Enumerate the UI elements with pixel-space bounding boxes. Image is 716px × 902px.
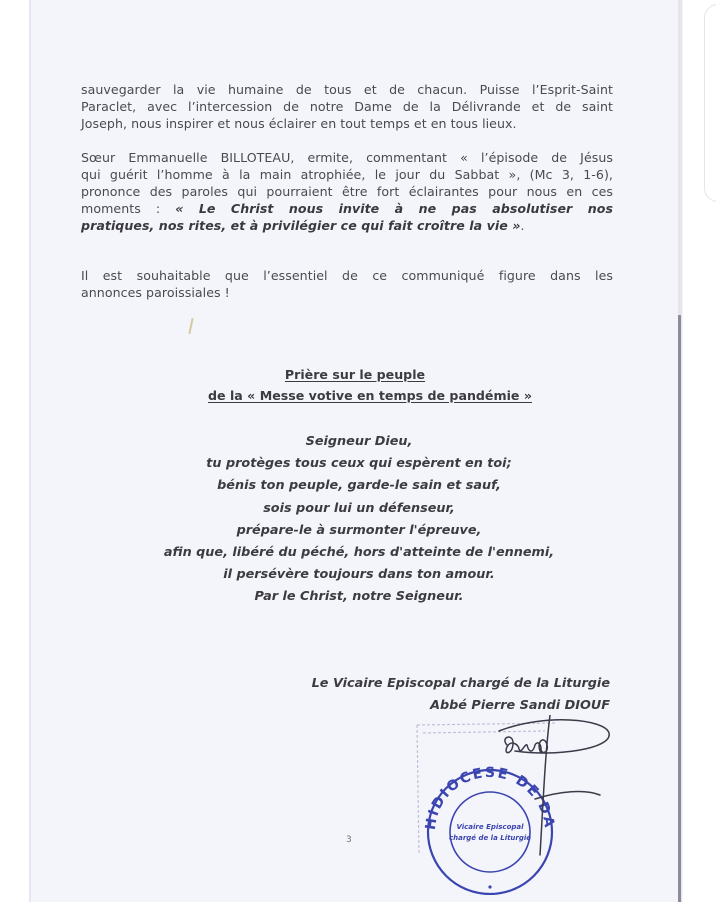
text-line: Joseph, nous inspirer et nous éclairer e… — [81, 115, 613, 132]
prayer-line: bénis ton peuple, garde-le sain et sauf, — [0, 475, 716, 497]
highlighted-quote: pratiques, nos rites, et à privilégier c… — [81, 218, 520, 233]
prayer-line: prépare-le à surmonter l'épreuve, — [0, 520, 716, 542]
prayer-line: tu protèges tous ceux qui espèrent en to… — [0, 453, 716, 475]
stamp-inner-line1: Vicaire Episcopal — [456, 823, 524, 831]
prayer-line: il persévère toujours dans ton amour. — [0, 564, 716, 586]
stamp-ring-text: ARCHIDIOCESE DE DAKAR — [395, 715, 557, 831]
paragraph-quote-billoteau: Sœur Emmanuelle BILLOTEAU, ermite, comme… — [81, 149, 613, 234]
svg-text:ARCHIDIOCESE DE DAKAR: ARCHIDIOCESE DE DAKAR — [395, 715, 557, 831]
side-panel-edge — [704, 4, 716, 202]
stamp-and-signature-graphic: ARCHIDIOCESE DE DAKAR Vicaire Episcopal … — [395, 715, 625, 895]
text-suffix: . — [520, 218, 524, 233]
text-prefix: moments : — [81, 201, 175, 216]
prayer-line: sois pour lui un défenseur, — [0, 498, 716, 520]
text-line: sauvegarder la vie humaine de tous et de… — [81, 81, 613, 98]
signatory-name: Abbé Pierre Sandi DIOUF — [270, 698, 610, 713]
paragraph-closing-prayer: sauvegarder la vie humaine de tous et de… — [81, 81, 613, 132]
text-line: moments : « Le Christ nous invite à ne p… — [81, 200, 613, 217]
text-line: pratiques, nos rites, et à privilégier c… — [81, 217, 613, 234]
page-number: 3 — [346, 835, 352, 845]
prayer-title: Prière sur le peuple — [0, 367, 713, 382]
text-line: prononce des paroles qui pourraient être… — [81, 183, 613, 200]
prayer-line: afin que, libéré du péché, hors d'attein… — [0, 542, 716, 564]
signatory-title: Le Vicaire Episcopal chargé de la Liturg… — [270, 676, 610, 691]
prayer-line: Par le Christ, notre Seigneur. — [0, 586, 716, 608]
text-line: Paraclet, avec l’intercession de notre D… — [81, 98, 613, 115]
text-line: Il est souhaitable que l’essentiel de ce… — [81, 267, 613, 284]
prayer-line: Seigneur Dieu, — [0, 431, 716, 453]
text-line: Sœur Emmanuelle BILLOTEAU, ermite, comme… — [81, 149, 613, 166]
official-stamp: ARCHIDIOCESE DE DAKAR Vicaire Episcopal … — [395, 715, 625, 895]
highlighted-quote: « Le Christ nous invite à ne pas absolut… — [175, 201, 613, 216]
prayer-subtitle: de la « Messe votive en temps de pandémi… — [12, 388, 716, 403]
stamp-inner-line2: chargé de la Liturgie — [449, 834, 531, 842]
text-line: annonces paroissiales ! — [81, 284, 613, 301]
paragraph-announcement: Il est souhaitable que l’essentiel de ce… — [81, 267, 613, 301]
text-line: qui guérit l’homme à la main atrophiée, … — [81, 166, 613, 183]
prayer-text: Seigneur Dieu, tu protèges tous ceux qui… — [0, 431, 716, 609]
